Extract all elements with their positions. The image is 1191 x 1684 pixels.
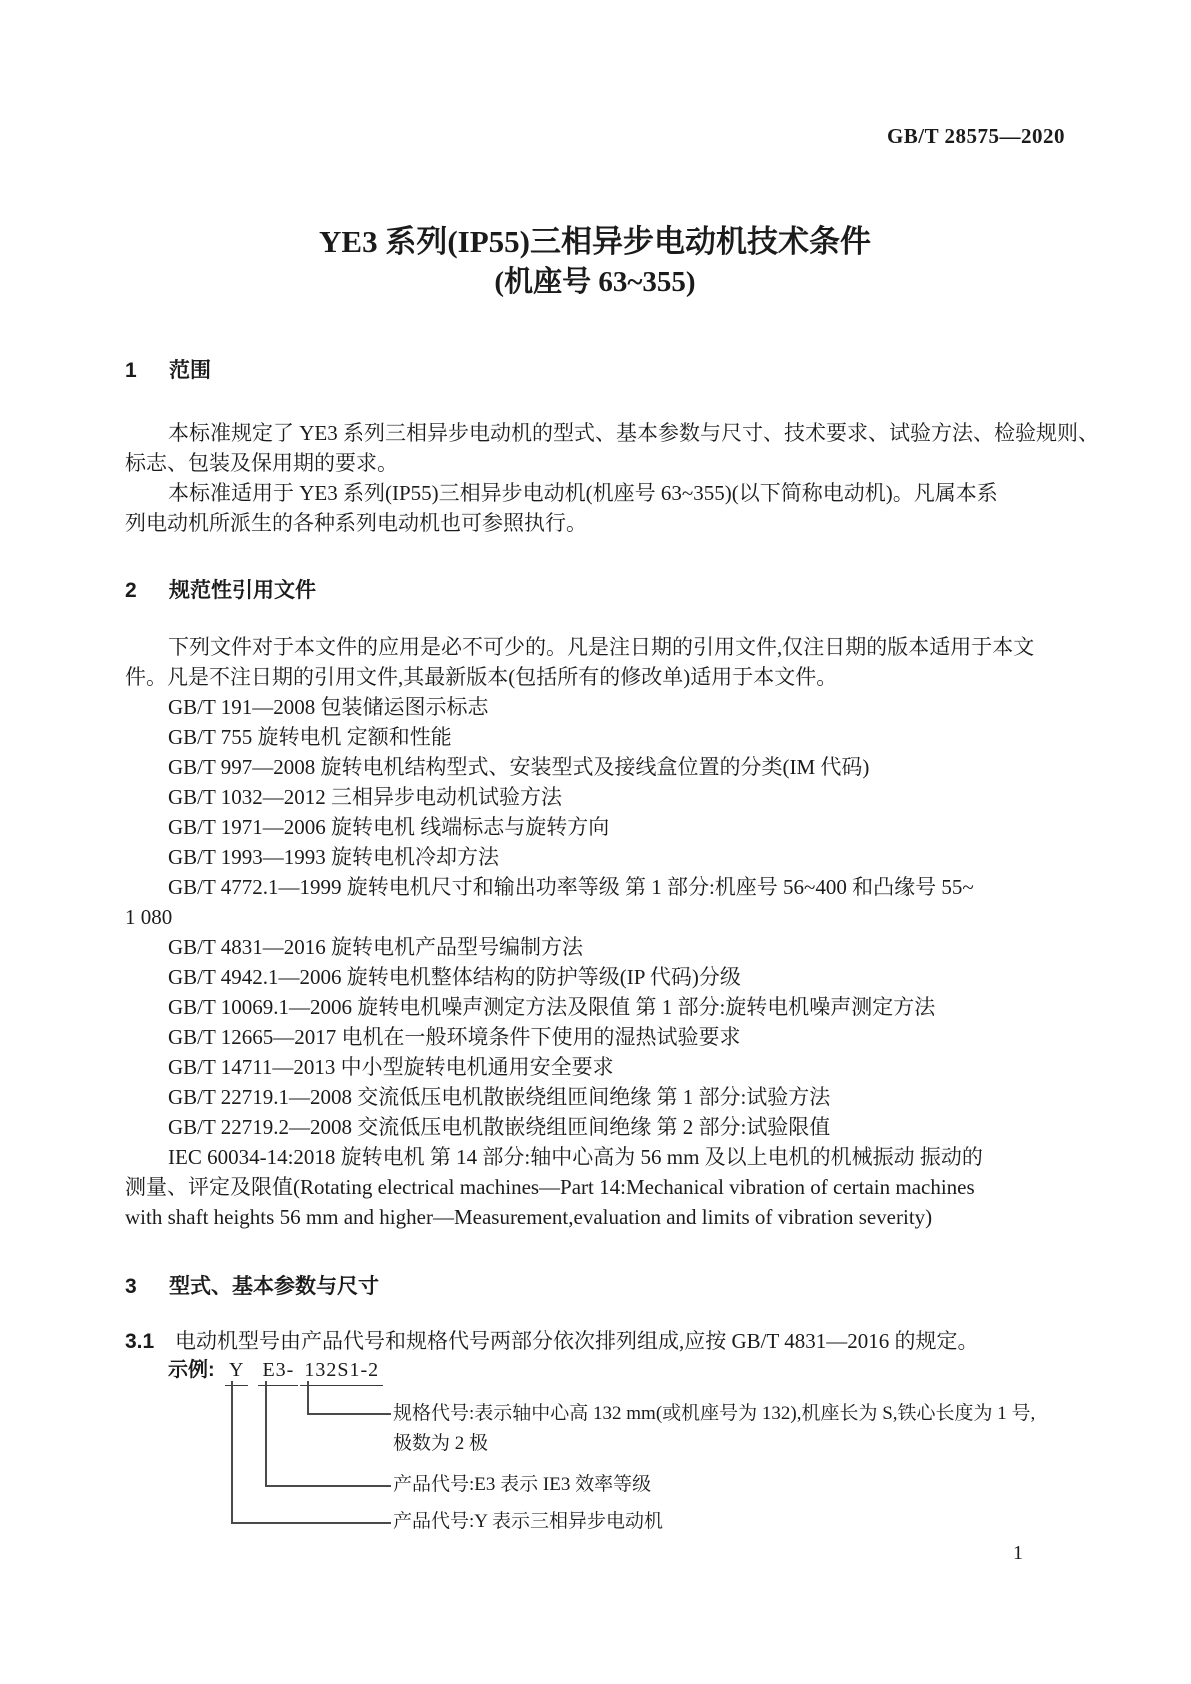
clause-text: 电动机型号由产品代号和规格代号两部分依次排列组成,应按 GB/T 4831—20… bbox=[175, 1329, 978, 1353]
example-label: 示例: bbox=[168, 1357, 225, 1383]
connector-line-y bbox=[231, 1381, 233, 1522]
connector-line-spec-horizontal bbox=[307, 1413, 391, 1415]
reference-line: GB/T 12665—2017 电机在一般环境条件下使用的湿热试验要求 bbox=[125, 1022, 1065, 1052]
annotation-product-code-e3: 产品代号:E3 表示 IE3 效率等级 bbox=[393, 1470, 651, 1500]
reference-line: GB/T 191—2008 包装储运图示标志 bbox=[125, 692, 1065, 722]
doc-code-header: GB/T 28575—2020 bbox=[125, 124, 1065, 148]
reference-line: GB/T 22719.1—2008 交流低压电机散嵌绕组匝间绝缘 第 1 部分:… bbox=[125, 1082, 1065, 1112]
connector-line-spec bbox=[307, 1381, 309, 1413]
body-line: 本标准规定了 YE3 系列三相异步电动机的型式、基本参数与尺寸、技术要求、试验方… bbox=[125, 418, 1065, 448]
section-1-heading: 1范围 bbox=[125, 358, 1065, 384]
reference-line: GB/T 22719.2—2008 交流低压电机散嵌绕组匝间绝缘 第 2 部分:… bbox=[125, 1112, 1065, 1142]
example-code-row: 示例:YE3-132S1-2 bbox=[125, 1357, 383, 1386]
section-3-title: 型式、基本参数与尺寸 bbox=[169, 1275, 379, 1298]
clause-3-1: 3.1电动机型号由产品代号和规格代号两部分依次排列组成,应按 GB/T 4831… bbox=[125, 1326, 1065, 1357]
reference-line: GB/T 10069.1—2006 旋转电机噪声测定方法及限值 第 1 部分:旋… bbox=[125, 992, 1065, 1022]
reference-line: 测量、评定及限值(Rotating electrical machines—Pa… bbox=[125, 1172, 1065, 1202]
annotation-spec-code-line1: 规格代号:表示轴中心高 132 mm(或机座号为 132),机座长为 S,铁心长… bbox=[393, 1399, 1035, 1429]
reference-line: GB/T 1971—2006 旋转电机 线端标志与旋转方向 bbox=[125, 812, 1065, 842]
page-number: 1 bbox=[125, 1541, 1065, 1565]
reference-line: GB/T 1993—1993 旋转电机冷却方法 bbox=[125, 842, 1065, 872]
page-content: GB/T 28575—2020 YE3 系列(IP55)三相异步电动机技术条件 … bbox=[125, 0, 1065, 1565]
body-line: 标志、包装及保用期的要求。 bbox=[125, 448, 1065, 478]
standard-document-page: GB/T 28575—2020 YE3 系列(IP55)三相异步电动机技术条件 … bbox=[0, 0, 1191, 1684]
section-2-title: 规范性引用文件 bbox=[169, 579, 316, 602]
section-2-heading: 2规范性引用文件 bbox=[125, 578, 1065, 604]
reference-line: GB/T 4772.1—1999 旋转电机尺寸和输出功率等级 第 1 部分:机座… bbox=[125, 872, 1065, 902]
connector-line-y-horizontal bbox=[231, 1522, 391, 1524]
annotation-spec-code-line2: 极数为 2 极 bbox=[393, 1429, 488, 1459]
reference-line: 1 080 bbox=[125, 902, 1065, 932]
section-2-number: 2 bbox=[125, 578, 169, 604]
connector-line-e3-horizontal bbox=[265, 1485, 391, 1487]
body-line: 下列文件对于本文件的应用是必不可少的。凡是注日期的引用文件,仅注日期的版本适用于… bbox=[125, 632, 1065, 662]
doc-title-line2: (机座号 63~355) bbox=[125, 262, 1065, 302]
doc-title-line1: YE3 系列(IP55)三相异步电动机技术条件 bbox=[125, 222, 1065, 262]
example-code-spec: 132S1-2 bbox=[300, 1357, 383, 1386]
reference-line: GB/T 14711—2013 中小型旋转电机通用安全要求 bbox=[125, 1052, 1065, 1082]
reference-line: with shaft heights 56 mm and higher—Meas… bbox=[125, 1202, 1065, 1232]
reference-line: GB/T 997—2008 旋转电机结构型式、安装型式及接线盒位置的分类(IM … bbox=[125, 752, 1065, 782]
body-line: 列电动机所派生的各种系列电动机也可参照执行。 bbox=[125, 508, 1065, 538]
reference-line: GB/T 4831—2016 旋转电机产品型号编制方法 bbox=[125, 932, 1065, 962]
section-1-number: 1 bbox=[125, 358, 169, 384]
example-code-y: Y bbox=[225, 1357, 248, 1386]
body-line: 本标准适用于 YE3 系列(IP55)三相异步电动机(机座号 63~355)(以… bbox=[125, 478, 1065, 508]
body-line: 件。凡是不注日期的引用文件,其最新版本(包括所有的修改单)适用于本文件。 bbox=[125, 662, 1065, 692]
section-1-title: 范围 bbox=[169, 359, 211, 382]
reference-line: GB/T 4942.1—2006 旋转电机整体结构的防护等级(IP 代码)分级 bbox=[125, 962, 1065, 992]
section-3-number: 3 bbox=[125, 1274, 169, 1300]
connector-line-e3 bbox=[265, 1381, 267, 1485]
section-3-heading: 3型式、基本参数与尺寸 bbox=[125, 1274, 1065, 1300]
annotation-product-code-y: 产品代号:Y 表示三相异步电动机 bbox=[393, 1507, 663, 1537]
reference-line: GB/T 1032—2012 三相异步电动机试验方法 bbox=[125, 782, 1065, 812]
reference-line: IEC 60034-14:2018 旋转电机 第 14 部分:轴中心高为 56 … bbox=[125, 1142, 1065, 1172]
clause-number: 3.1 bbox=[125, 1327, 175, 1357]
reference-line: GB/T 755 旋转电机 定额和性能 bbox=[125, 722, 1065, 752]
type-designation-example: 示例:YE3-132S1-2 规格代号:表示轴中心高 132 mm(或机座号为 … bbox=[125, 1357, 1065, 1541]
